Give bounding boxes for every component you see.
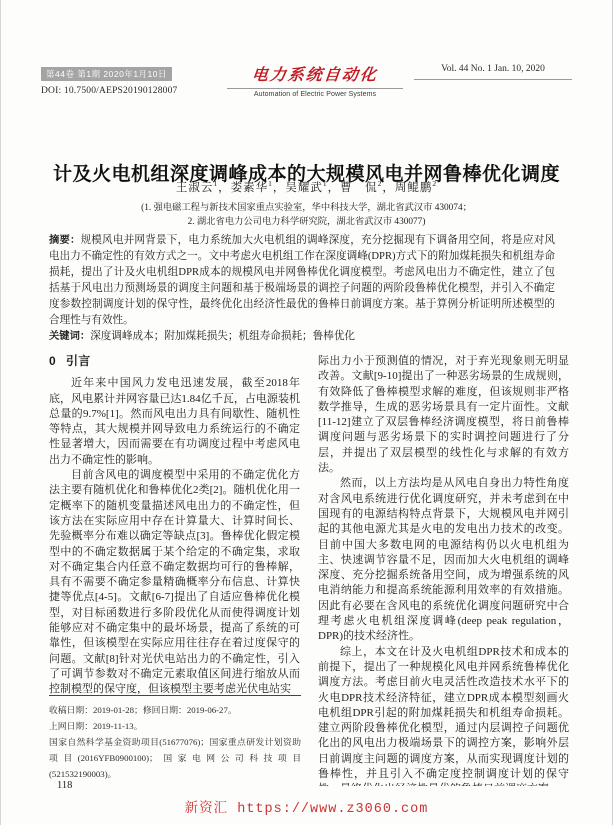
author: 王淑云1 <box>176 182 218 194</box>
abstract-text: 规模风电并网背景下，电力系统加大火电机组的调峰深度，充分挖掘现有下调备用空间，将… <box>49 235 555 326</box>
journal-page: 第44卷 第1期 2020年1月10日 DOI: 10.7500/AEPS201… <box>0 0 613 825</box>
author-separator: ， <box>218 182 231 194</box>
author-name: 周鲲鹏 <box>395 182 433 194</box>
abstract-block: 摘要：规模风电并网背景下，电力系统加大火电机组的调峰深度，充分挖掘现有下调备用空… <box>49 233 555 345</box>
page-header: 第44卷 第1期 2020年1月10日 DOI: 10.7500/AEPS201… <box>41 62 572 106</box>
abstract-label: 摘要： <box>49 235 80 246</box>
journal-logo: 电力系统自动化 Automation of Electric Power Sys… <box>227 62 403 98</box>
abstract-paragraph: 摘要：规模风电并网背景下，电力系统加大火电机组的调峰深度，充分挖掘现有下调备用空… <box>49 233 555 329</box>
body-paragraph: 际出力小于预测值的情况，对于弃光现象则无明显改善。文献[9-10]提出了一种恶劣… <box>318 354 569 476</box>
affiliation-line: 2. 湖北省电力公司电力科学研究院，湖北省武汉市 430077) <box>41 216 572 230</box>
author: 周鲲鹏2 <box>395 182 437 194</box>
author-separator: ， <box>273 182 286 194</box>
header-left: 第44卷 第1期 2020年1月10日 DOI: 10.7500/AEPS201… <box>41 64 237 96</box>
keywords-line: 关键词：深度调峰成本；附加煤耗损失；机组寿命损耗；鲁棒优化 <box>49 329 555 345</box>
body-paragraph: 目前含风电的调度模型中采用的不确定优化方法主要有随机优化和鲁棒优化2类[2]。随… <box>49 468 300 694</box>
footnote-line: 上网日期：2019-11-13。 <box>49 718 301 734</box>
author-list: 王淑云1，娄素华1，吴耀武1，曹 侃2，周鲲鹏2 <box>41 179 572 195</box>
body-paragraph: 综上，本文在计及火电机组DPR技术和成本的前提下，提出了一种规模化风电并网系统鲁… <box>318 645 569 786</box>
doi-text: DOI: 10.7500/AEPS20190128007 <box>41 86 237 96</box>
author: 吴耀武1 <box>285 182 327 194</box>
author: 娄素华1 <box>231 182 273 194</box>
author-separator: ， <box>328 182 341 194</box>
footnote-line: 国家自然科学基金资助项目(51677076)；国家重点研发计划资助项目(2016… <box>49 734 301 782</box>
keywords-text: 深度调峰成本；附加煤耗损失；机组寿命损耗；鲁棒优化 <box>90 331 355 342</box>
body-paragraph: 然而，以上方法均是从风电自身出力特性角度对含风电系统进行优化调度研究，并未考虑到… <box>318 476 569 644</box>
volume-info: Vol. 44 No. 1 Jan. 10, 2020 <box>414 64 572 80</box>
section-heading: 0引言 <box>49 354 300 369</box>
page-number: 118 <box>57 780 72 791</box>
header-rule-center <box>227 88 403 89</box>
left-column: 0引言 近年来中国风力发电迅速发展，截至2018年底，风电累计并网容量已达1.8… <box>49 354 300 694</box>
keywords-label: 关键词： <box>49 331 90 342</box>
issue-info-band: 第44卷 第1期 2020年1月10日 <box>41 67 172 81</box>
section-title: 引言 <box>66 354 91 368</box>
affiliations: (1. 强电磁工程与新技术国家重点实验室，华中科技大学，湖北省武汉市 43007… <box>41 202 572 229</box>
body-paragraph: 近年来中国风力发电迅速发展，截至2018年底，风电累计并网容量已达1.84亿千瓦… <box>49 376 300 468</box>
journal-title-english: Automation of Electric Power Systems <box>227 91 403 98</box>
author-affil-mark: 2 <box>432 179 437 188</box>
affiliation-line: (1. 强电磁工程与新技术国家重点实验室，华中科技大学，湖北省武汉市 43007… <box>41 202 572 216</box>
author: 曹 侃2 <box>340 182 382 194</box>
author-name: 吴耀武 <box>285 182 323 194</box>
journal-title-chinese: 电力系统自动化 <box>226 62 405 87</box>
footnote-line: 收稿日期：2019-01-28；修回日期：2019-06-27。 <box>49 702 301 718</box>
author-name: 娄素华 <box>231 182 269 194</box>
author-name: 王淑云 <box>176 182 214 194</box>
first-page-footnote: 收稿日期：2019-01-28；修回日期：2019-06-27。 上网日期：20… <box>49 695 301 782</box>
header-right: Vol. 44 No. 1 Jan. 10, 2020 <box>414 64 572 80</box>
watermark-text: 新资汇 https://www.z3060.com <box>1 796 612 817</box>
section-number: 0 <box>49 354 56 368</box>
author-separator: ， <box>382 182 395 194</box>
right-column: 际出力小于预测值的情况，对于弃光现象则无明显改善。文献[9-10]提出了一种恶劣… <box>318 354 569 786</box>
author-name: 曹 侃 <box>340 182 378 194</box>
